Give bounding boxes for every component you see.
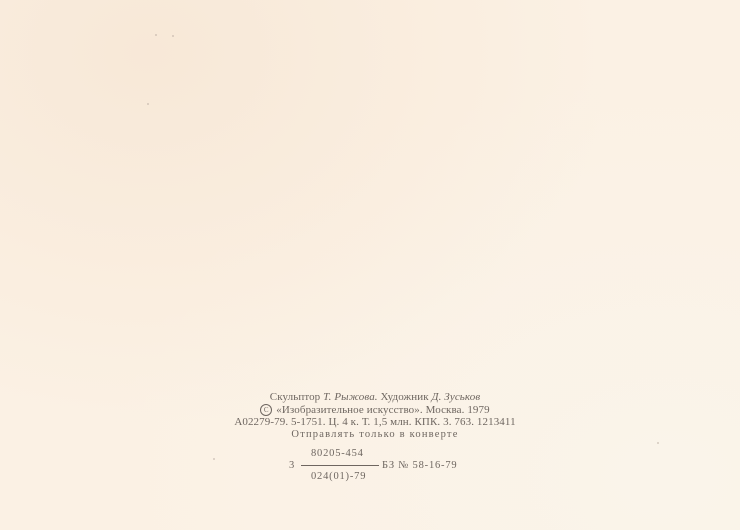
- paper-speck: [155, 34, 157, 36]
- publisher-line: C«Изобразительное искусство». Москва. 19…: [200, 404, 550, 417]
- artist-label: Художник: [381, 391, 429, 403]
- paper-speck: [172, 35, 174, 37]
- catalog-prefix: 3: [289, 460, 295, 471]
- sculptor-name: Т. Рыжова.: [323, 391, 378, 403]
- copyright-icon: C: [260, 404, 272, 416]
- artist-name: Д. Зуськов: [432, 391, 481, 403]
- credits-line: Скульптор Т. Рыжова. Художник Д. Зуськов: [200, 391, 550, 404]
- catalog-suffix: БЗ № 58-16-79: [382, 460, 457, 471]
- paper-speck: [147, 103, 149, 105]
- imprint-block: Скульптор Т. Рыжова. Художник Д. Зуськов…: [200, 391, 550, 441]
- publisher-text: «Изобразительное искусство». Москва. 197…: [276, 404, 489, 416]
- catalog-denominator: 024(01)-79: [311, 471, 366, 482]
- mailing-note: Отправлять только в конверте: [200, 429, 550, 442]
- paper-speck: [657, 442, 659, 444]
- catalog-code: 3 80205-454 024(01)-79 БЗ № 58-16-79: [289, 448, 489, 484]
- fraction-bar: [301, 465, 379, 466]
- catalog-numerator: 80205-454: [311, 448, 364, 459]
- sculptor-label: Скульптор: [270, 391, 321, 403]
- paper-speck: [213, 458, 215, 460]
- print-details: А02279-79. 5-1751. Ц. 4 к. Т. 1,5 млн. К…: [200, 416, 550, 429]
